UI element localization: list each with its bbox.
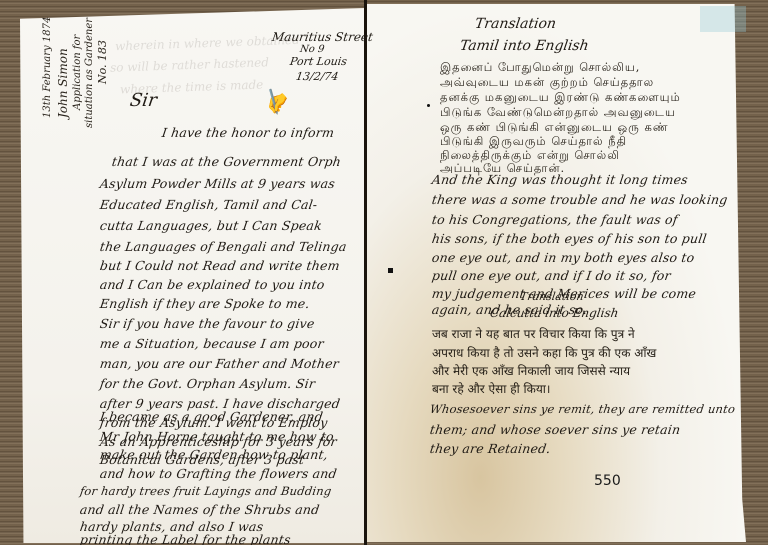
margin-note-number: No. 183	[96, 40, 109, 84]
margin-note-situation: situation as Gardener	[84, 18, 95, 128]
letter-line: for hardy trees fruit Layings and Buddin…	[79, 484, 332, 498]
english-line: pull one eye out, and if I do it so, for	[431, 268, 672, 283]
scripture-line: them; and whose soever sins ye retain	[429, 422, 681, 437]
english-line: to his Congregations, the fault was of	[431, 212, 679, 227]
scripture-line: they are Retained.	[429, 441, 552, 456]
address-number: No 9	[299, 44, 325, 55]
page-divider	[364, 0, 367, 545]
letter-line: the Languages of Bengali and Telinga	[99, 239, 348, 254]
tamil-line: அவ்வுடைய மகன் குற்றம் செய்ததால	[440, 75, 654, 91]
address-city: Port Louis	[289, 55, 348, 68]
section1-title-languages: Tamil into English	[459, 38, 590, 54]
devanagari-line: जब राजा ने यह बात पर विचार किया कि पुत्र…	[432, 325, 635, 342]
blue-stamp-mark	[700, 6, 746, 32]
letter-line: man, you are our Father and Mother	[99, 356, 340, 371]
letter-line: but I Could not Read and write them	[99, 258, 341, 273]
letter-line: printing the Label for the plants	[79, 532, 292, 545]
tamil-line: இதனைப் போதுமென்று சொல்லிய,	[440, 60, 640, 76]
salutation: Sir	[129, 90, 159, 111]
tamil-line: பிடுங்க வேண்டுமென்றதால் அவனுடைய	[440, 105, 676, 121]
letter-line: I became as a good Gardener, and	[99, 409, 324, 424]
english-line: there was a some trouble and he was look…	[431, 192, 729, 207]
letter-line: me a Situation, because I am poor	[99, 336, 325, 351]
devanagari-line: बना रहे और ऐसा ही किया।	[432, 380, 550, 397]
devanagari-line: अपराध किया है तो उसने कहा कि पुत्र की एक…	[432, 344, 656, 361]
scripture-line: Whosesoever sins ye remit, they are remi…	[429, 402, 736, 416]
letter-line: and all the Names of the Shrubs and	[79, 502, 321, 517]
english-line: And the King was thought it long times	[431, 172, 689, 187]
letter-line: and I Can be explained to you into	[99, 277, 326, 292]
letter-line: Educated English, Tamil and Cal-	[99, 197, 318, 212]
letter-line: make out the Garden how to plant,	[99, 447, 329, 462]
section2-title-languages: Calcutta into English	[489, 306, 619, 320]
letter-line: that I was at the Government Orph	[111, 154, 342, 169]
english-line: his sons, if the both eyes of his son to…	[431, 231, 708, 246]
margin-note-date: 13th February 1874	[42, 17, 53, 118]
letter-line: for the Govt. Orphan Asylum. Sir	[99, 376, 316, 391]
english-line: one eye out, and in my both eyes also to	[431, 250, 696, 265]
section2-title-translation: Translation	[519, 290, 584, 303]
letter-line: and how to Grafting the flowers and	[99, 466, 338, 481]
letter-line: Mr John Horne taught to me how to	[99, 429, 335, 444]
letter-line: cutta Languages, but I Can Speak	[99, 218, 323, 233]
ink-blot	[388, 268, 393, 273]
letter-line: I have the honor to inform	[161, 125, 335, 140]
margin-note-name: John Simon	[56, 48, 70, 118]
section1-title-translation: Translation	[474, 16, 557, 32]
address-street: Mauritius Street	[271, 30, 374, 44]
letter-line: Sir if you have the favour to give	[99, 316, 316, 331]
page-number: 550	[594, 473, 621, 489]
margin-note-application: Application for	[72, 35, 83, 110]
devanagari-line: और मेरी एक आँख निकाली जाय जिससे न्याय	[432, 362, 630, 379]
letter-line: Asylum Powder Mills at 9 years was	[99, 176, 336, 191]
ink-dot	[427, 104, 430, 107]
tamil-line: தனக்கு மகனுடைய இரண்டு கண்களையும்	[440, 90, 681, 106]
address-date: 13/2/74	[295, 70, 339, 83]
letter-line: English if they are Spoke to me.	[99, 296, 311, 311]
